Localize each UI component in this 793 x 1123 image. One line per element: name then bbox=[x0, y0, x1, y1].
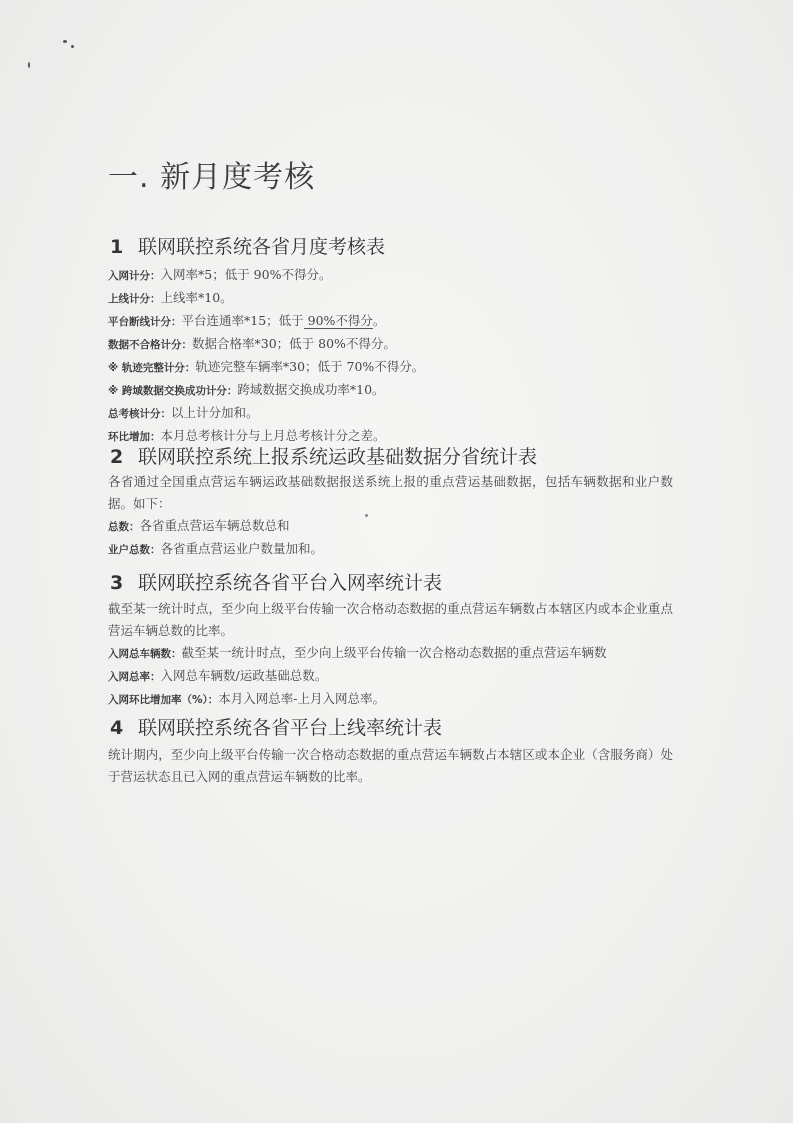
item-text: 平台连通率*15；低于 bbox=[182, 313, 304, 328]
item-label: ※ 跨域数据交换成功计分： bbox=[108, 385, 237, 397]
item-text: 以上计分加和。 bbox=[171, 405, 259, 420]
item-text: 入网总车辆数/运政基础总数。 bbox=[161, 668, 328, 683]
scan-speck bbox=[28, 62, 30, 68]
underlined-text: 90%不得分 bbox=[304, 313, 373, 329]
item-text: 本月总考核计分与上月总考核计分之差。 bbox=[161, 428, 386, 443]
item-label: 入网总率： bbox=[108, 671, 161, 683]
item-text: 入网率*5；低于 90%不得分。 bbox=[161, 267, 332, 282]
section-title: 联网联控系统各省平台入网率统计表 bbox=[138, 572, 442, 594]
section-number: 3 bbox=[110, 572, 138, 594]
list-item: 上线计分：上线率*10。 bbox=[108, 288, 233, 306]
section-paragraph: 统计期内，至少向上级平台传输一次合格动态数据的重点营运车辆数占本辖区或本企业（含… bbox=[108, 744, 673, 788]
item-label: ※ 轨迹完整计分： bbox=[108, 362, 195, 374]
scan-speck bbox=[63, 40, 67, 43]
item-label: 入网环比增加率（%）： bbox=[108, 694, 218, 706]
section-3-heading: 3联网联控系统各省平台入网率统计表 bbox=[110, 568, 442, 595]
list-item: 入网总率：入网总车辆数/运政基础总数。 bbox=[108, 666, 327, 684]
section-title: 联网联控系统各省月度考核表 bbox=[138, 236, 385, 258]
list-item: ※ 轨迹完整计分：轨迹完整车辆率*30；低于 70%不得分。 bbox=[108, 357, 424, 375]
item-label: 入网计分： bbox=[108, 270, 161, 282]
section-4-heading: 4联网联控系统各省平台上线率统计表 bbox=[110, 713, 442, 740]
item-text: 本月入网总率-上月入网总率。 bbox=[218, 691, 385, 706]
item-text: 各省重点营运车辆总数总和 bbox=[140, 518, 290, 533]
list-item: 数据不合格计分：数据合格率*30；低于 80%不得分。 bbox=[108, 334, 396, 352]
list-item: 入网环比增加率（%）：本月入网总率-上月入网总率。 bbox=[108, 689, 385, 707]
item-label: 上线计分： bbox=[108, 293, 161, 305]
section-title: 联网联控系统各省平台上线率统计表 bbox=[138, 717, 442, 739]
item-text: 轨迹完整车辆率*30；低于 70%不得分。 bbox=[195, 359, 424, 374]
section-1-heading: 1联网联控系统各省月度考核表 bbox=[110, 232, 385, 259]
list-item: 业户总数：各省重点营运业户数量加和。 bbox=[108, 539, 323, 557]
item-label: 平台断线计分： bbox=[108, 316, 182, 328]
item-text: 跨域数据交换成功率*10。 bbox=[237, 382, 384, 397]
section-title: 联网联控系统上报系统运政基础数据分省统计表 bbox=[138, 446, 537, 468]
list-item: 平台断线计分：平台连通率*15；低于 90%不得分。 bbox=[108, 311, 385, 329]
section-paragraph: 截至某一统计时点，至少向上级平台传输一次合格动态数据的重点营运车辆数占本辖区内或… bbox=[108, 598, 673, 642]
item-text: 各省重点营运业户数量加和。 bbox=[161, 541, 324, 556]
item-label: 总考核计分： bbox=[108, 408, 171, 420]
section-number: 4 bbox=[110, 717, 138, 739]
section-paragraph: 各省通过全国重点营运车辆运政基础数据报送系统上报的重点营运基础数据，包括车辆数据… bbox=[108, 471, 673, 515]
list-item: 总考核计分：以上计分加和。 bbox=[108, 403, 259, 421]
section-2-heading: 2联网联控系统上报系统运政基础数据分省统计表 bbox=[110, 442, 537, 469]
item-label: 业户总数： bbox=[108, 544, 161, 556]
item-text: 。 bbox=[373, 313, 386, 328]
item-label: 入网总车辆数： bbox=[108, 648, 182, 660]
item-text: 上线率*10。 bbox=[161, 290, 233, 305]
page-title: 一. 新月度考核 bbox=[108, 152, 315, 196]
scan-speck bbox=[71, 45, 74, 48]
list-item: ※ 跨域数据交换成功计分：跨域数据交换成功率*10。 bbox=[108, 380, 385, 398]
section-number: 1 bbox=[110, 236, 138, 258]
list-item: 入网总车辆数：截至某一统计时点，至少向上级平台传输一次合格动态数据的重点营运车辆… bbox=[108, 643, 607, 661]
item-label: 数据不合格计分： bbox=[108, 339, 192, 351]
section-number: 2 bbox=[110, 446, 138, 468]
item-label: 总数： bbox=[108, 521, 140, 533]
item-text: 数据合格率*30；低于 80%不得分。 bbox=[192, 336, 396, 351]
list-item: 总数：各省重点营运车辆总数总和 bbox=[108, 516, 290, 534]
item-text: 截至某一统计时点，至少向上级平台传输一次合格动态数据的重点营运车辆数 bbox=[182, 645, 607, 660]
list-item: 入网计分：入网率*5；低于 90%不得分。 bbox=[108, 265, 331, 283]
